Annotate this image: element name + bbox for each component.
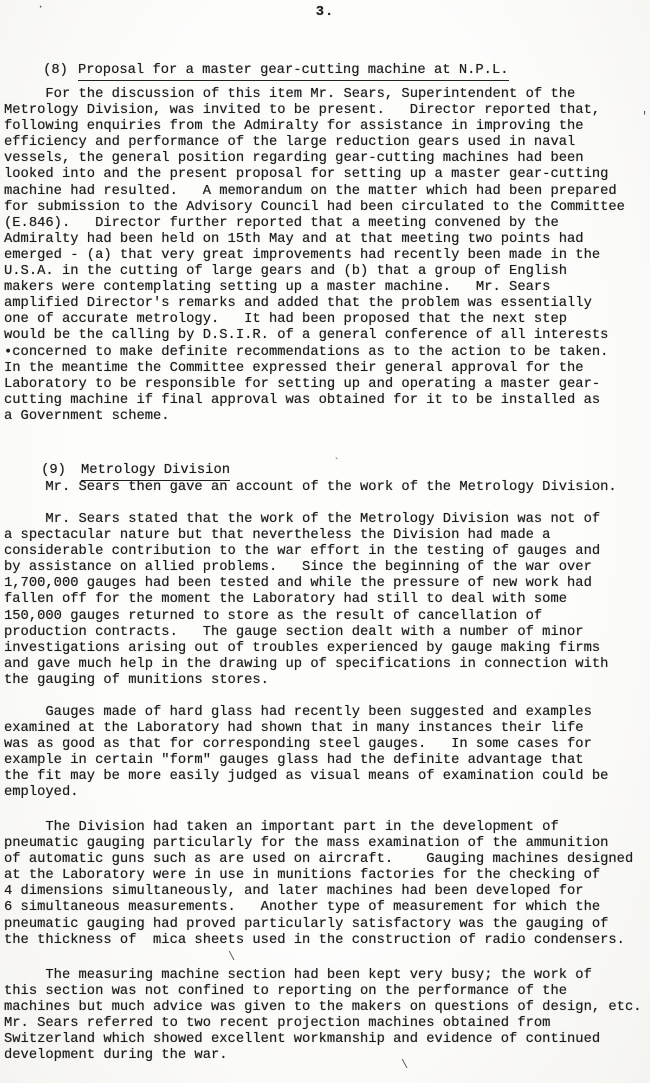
text-line: at the Laboratory were in use in munitio… bbox=[4, 868, 633, 884]
paragraph-9-intro: Mr. Sears then gave an account of the wo… bbox=[4, 480, 617, 496]
text-line: looked into and the present proposal for… bbox=[4, 167, 625, 183]
text-line: the thickness of mica sheets used in the… bbox=[4, 933, 633, 949]
text-line: a spectacular nature but that neverthele… bbox=[4, 528, 608, 544]
text-line: 6 simultaneous measurements. Another typ… bbox=[4, 900, 633, 916]
text-line: U.S.A. in the cutting of large gears and… bbox=[4, 264, 625, 280]
section-8-number: (8) bbox=[43, 63, 68, 78]
text-line: vessels, the general position regarding … bbox=[4, 151, 625, 167]
text-line: for submission to the Advisory Council h… bbox=[4, 200, 625, 216]
scan-speck: ` bbox=[333, 456, 340, 470]
text-line: Metrology Division, was invited to be pr… bbox=[4, 103, 625, 119]
scan-speck: \ bbox=[401, 1058, 408, 1072]
text-line: this section was not confined to reporti… bbox=[4, 984, 642, 1000]
paragraph-8-body: For the discussion of this item Mr. Sear… bbox=[4, 87, 625, 425]
text-line: was as good as that for corresponding st… bbox=[4, 737, 608, 753]
text-line: 4 dimensions simultaneously, and later m… bbox=[4, 884, 633, 900]
text-line: For the discussion of this item Mr. Sear… bbox=[4, 87, 625, 103]
text-line: efficiency and performance of the large … bbox=[4, 135, 625, 151]
text-line: (E.846). Director further reported that … bbox=[4, 216, 625, 232]
text-line: fallen off for the moment the Laboratory… bbox=[4, 592, 608, 608]
text-line: Switzerland which showed excellent workm… bbox=[4, 1032, 642, 1048]
section-8-title: Proposal for a master gear-cutting machi… bbox=[78, 63, 509, 81]
text-line: The measuring machine section had been k… bbox=[4, 968, 642, 984]
text-line: Mr. Sears referred to two recent project… bbox=[4, 1016, 642, 1032]
text-line: following enquiries from the Admiralty f… bbox=[4, 119, 625, 135]
scan-speck: \ bbox=[228, 950, 235, 964]
text-line: cutting machine if final approval was ob… bbox=[4, 393, 625, 409]
text-line: Admiralty had been held on 15th May and … bbox=[4, 232, 625, 248]
scan-speck: · bbox=[37, 0, 44, 14]
text-line: development during the war. bbox=[4, 1048, 642, 1064]
section-9-title: Metrology Division bbox=[81, 463, 230, 481]
text-line: •concerned to make definite recommendati… bbox=[4, 345, 625, 361]
text-line: emerged - (a) that very great improvemen… bbox=[4, 248, 625, 264]
text-line: 150,000 gauges returned to store as the … bbox=[4, 609, 608, 625]
text-line: considerable contribution to the war eff… bbox=[4, 544, 608, 560]
text-line: 1,700,000 gauges had been tested and whi… bbox=[4, 576, 608, 592]
text-line: one of accurate metrology. It had been p… bbox=[4, 312, 625, 328]
text-line: production contracts. The gauge section … bbox=[4, 625, 608, 641]
paragraph-9-measuring-machines: The measuring machine section had been k… bbox=[4, 968, 642, 1065]
section-9-number: (9) bbox=[41, 463, 66, 478]
text-line: makers were contemplating setting up a m… bbox=[4, 280, 625, 296]
text-line: amplified Director's remarks and added t… bbox=[4, 296, 625, 312]
text-line: and gave much help in the drawing up of … bbox=[4, 657, 608, 673]
text-line: Mr. Sears then gave an account of the wo… bbox=[4, 480, 617, 496]
text-line: machines but much advice was given to th… bbox=[4, 1000, 642, 1016]
text-line: pneumatic gauging had proved particularl… bbox=[4, 917, 633, 933]
text-line: Mr. Sears stated that the work of the Me… bbox=[4, 512, 608, 528]
text-line: a Government scheme. bbox=[4, 409, 625, 425]
text-line: pneumatic gauging particularly for the m… bbox=[4, 836, 633, 852]
text-line: examined at the Laboratory had shown tha… bbox=[4, 721, 608, 737]
text-line: The Division had taken an important part… bbox=[4, 820, 633, 836]
paragraph-9-gauges: Mr. Sears stated that the work of the Me… bbox=[4, 512, 608, 689]
scan-speck: ' bbox=[641, 110, 648, 124]
text-line: In the meantime the Committee expressed … bbox=[4, 361, 625, 377]
text-line: Laboratory to be responsible for setting… bbox=[4, 377, 625, 393]
text-line: by assistance on allied problems. Since … bbox=[4, 560, 608, 576]
text-line: of automatic guns such as are used on ai… bbox=[4, 852, 633, 868]
text-line: would be the calling by D.S.I.R. of a ge… bbox=[4, 328, 625, 344]
text-line: investigations arising out of troubles e… bbox=[4, 641, 608, 657]
text-line: machine had resulted. A memorandum on th… bbox=[4, 184, 625, 200]
text-line: Gauges made of hard glass had recently b… bbox=[4, 705, 608, 721]
text-line: employed. bbox=[4, 785, 608, 801]
text-line: the fit may be more easily judged as vis… bbox=[4, 769, 608, 785]
document-page: 3. (8)Proposal for a master gear-cutting… bbox=[0, 0, 650, 1083]
page-number: 3. bbox=[0, 5, 650, 21]
text-line: the gauging of munitions stores. bbox=[4, 673, 608, 689]
paragraph-9-pneumatic: The Division had taken an important part… bbox=[4, 820, 633, 949]
paragraph-9-glass-gauges: Gauges made of hard glass had recently b… bbox=[4, 705, 608, 802]
text-line: example in certain "form" gauges glass h… bbox=[4, 753, 608, 769]
